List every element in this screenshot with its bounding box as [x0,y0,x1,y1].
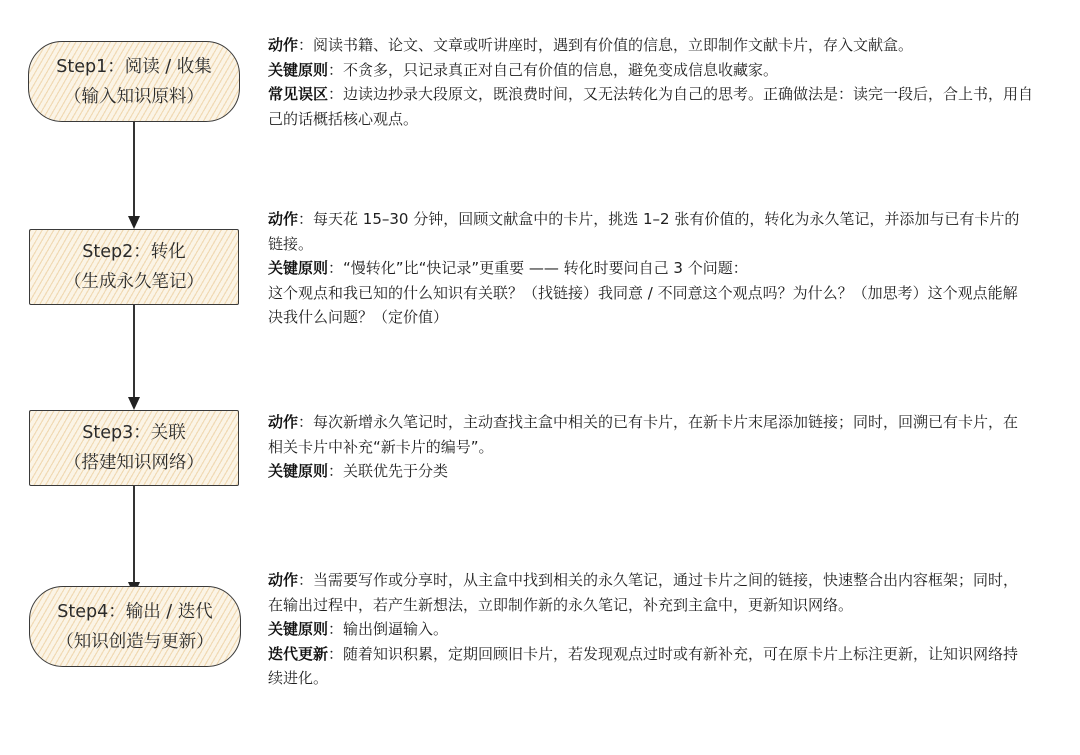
step2-subtitle: （生成永久笔记） [64,267,204,297]
step1-description: 动作：阅读书籍、论文、文章或听讲座时，遇到有价值的信息，立即制作文献卡片，存入文… [268,33,1058,131]
step1-node: Step1：阅读 / 收集 （输入知识原料） [28,41,240,122]
step2-action: 动作：每天花 15–30 分钟，回顾文献盒中的卡片，挑选 1–2 张有价值的，转… [268,207,1028,256]
step4-action: 动作：当需要写作或分享时，从主盒中找到相关的永久笔记，通过卡片之间的链接，快速整… [268,568,1033,617]
step3-description: 动作：每次新增永久笔记时，主动查找主盒中相关的已有卡片，在新卡片末尾添加链接；同… [268,410,1028,484]
edge-step3-step4 [133,486,135,584]
step3-node: Step3：关联 （搭建知识网络） [29,410,239,486]
step4-iteration: 迭代更新：随着知识积累，定期回顾旧卡片，若发现观点过时或有新补充，可在原卡片上标… [268,642,1033,691]
step3-action: 动作：每次新增永久笔记时，主动查找主盒中相关的已有卡片，在新卡片末尾添加链接；同… [268,410,1028,459]
edge-step1-step2 [133,122,135,218]
step3-title: Step3：关联 [82,418,185,448]
step2-node: Step2：转化 （生成永久笔记） [29,229,239,305]
step2-description: 动作：每天花 15–30 分钟，回顾文献盒中的卡片，挑选 1–2 张有价值的，转… [268,207,1028,330]
step4-node: Step4：输出 / 迭代 （知识创造与更新） [29,586,241,667]
step4-description: 动作：当需要写作或分享时，从主盒中找到相关的永久笔记，通过卡片之间的链接，快速整… [268,568,1033,691]
step1-title: Step1：阅读 / 收集 [56,52,212,82]
step3-principle: 关键原则：关联优先于分类 [268,459,1028,484]
step2-principle: 关键原则：“慢转化”比“快记录”更重要 —— 转化时要问自己 3 个问题： [268,256,1028,281]
edge-step2-step3 [133,305,135,398]
step1-subtitle: （输入知识原料） [64,82,204,112]
arrow-head-icon [128,216,140,229]
step1-action: 动作：阅读书籍、论文、文章或听讲座时，遇到有价值的信息，立即制作文献卡片，存入文… [268,33,1058,58]
step4-subtitle: （知识创造与更新） [56,627,214,657]
step1-principle: 关键原则：不贪多，只记录真正对自己有价值的信息，避免变成信息收藏家。 [268,58,1058,83]
arrow-head-icon [128,397,140,410]
step4-principle: 关键原则：输出倒逼输入。 [268,617,1033,642]
step2-questions: 这个观点和我已知的什么知识有关联？（找链接）我同意 / 不同意这个观点吗？为什么… [268,281,1028,330]
step1-pitfall: 常见误区：边读边抄录大段原文，既浪费时间，又无法转化为自己的思考。正确做法是：读… [268,82,1043,131]
step3-subtitle: （搭建知识网络） [64,448,204,478]
step2-title: Step2：转化 [82,237,185,267]
flowchart: Step1：阅读 / 收集 （输入知识原料） Step2：转化 （生成永久笔记）… [0,0,260,755]
step4-title: Step4：输出 / 迭代 [57,597,213,627]
